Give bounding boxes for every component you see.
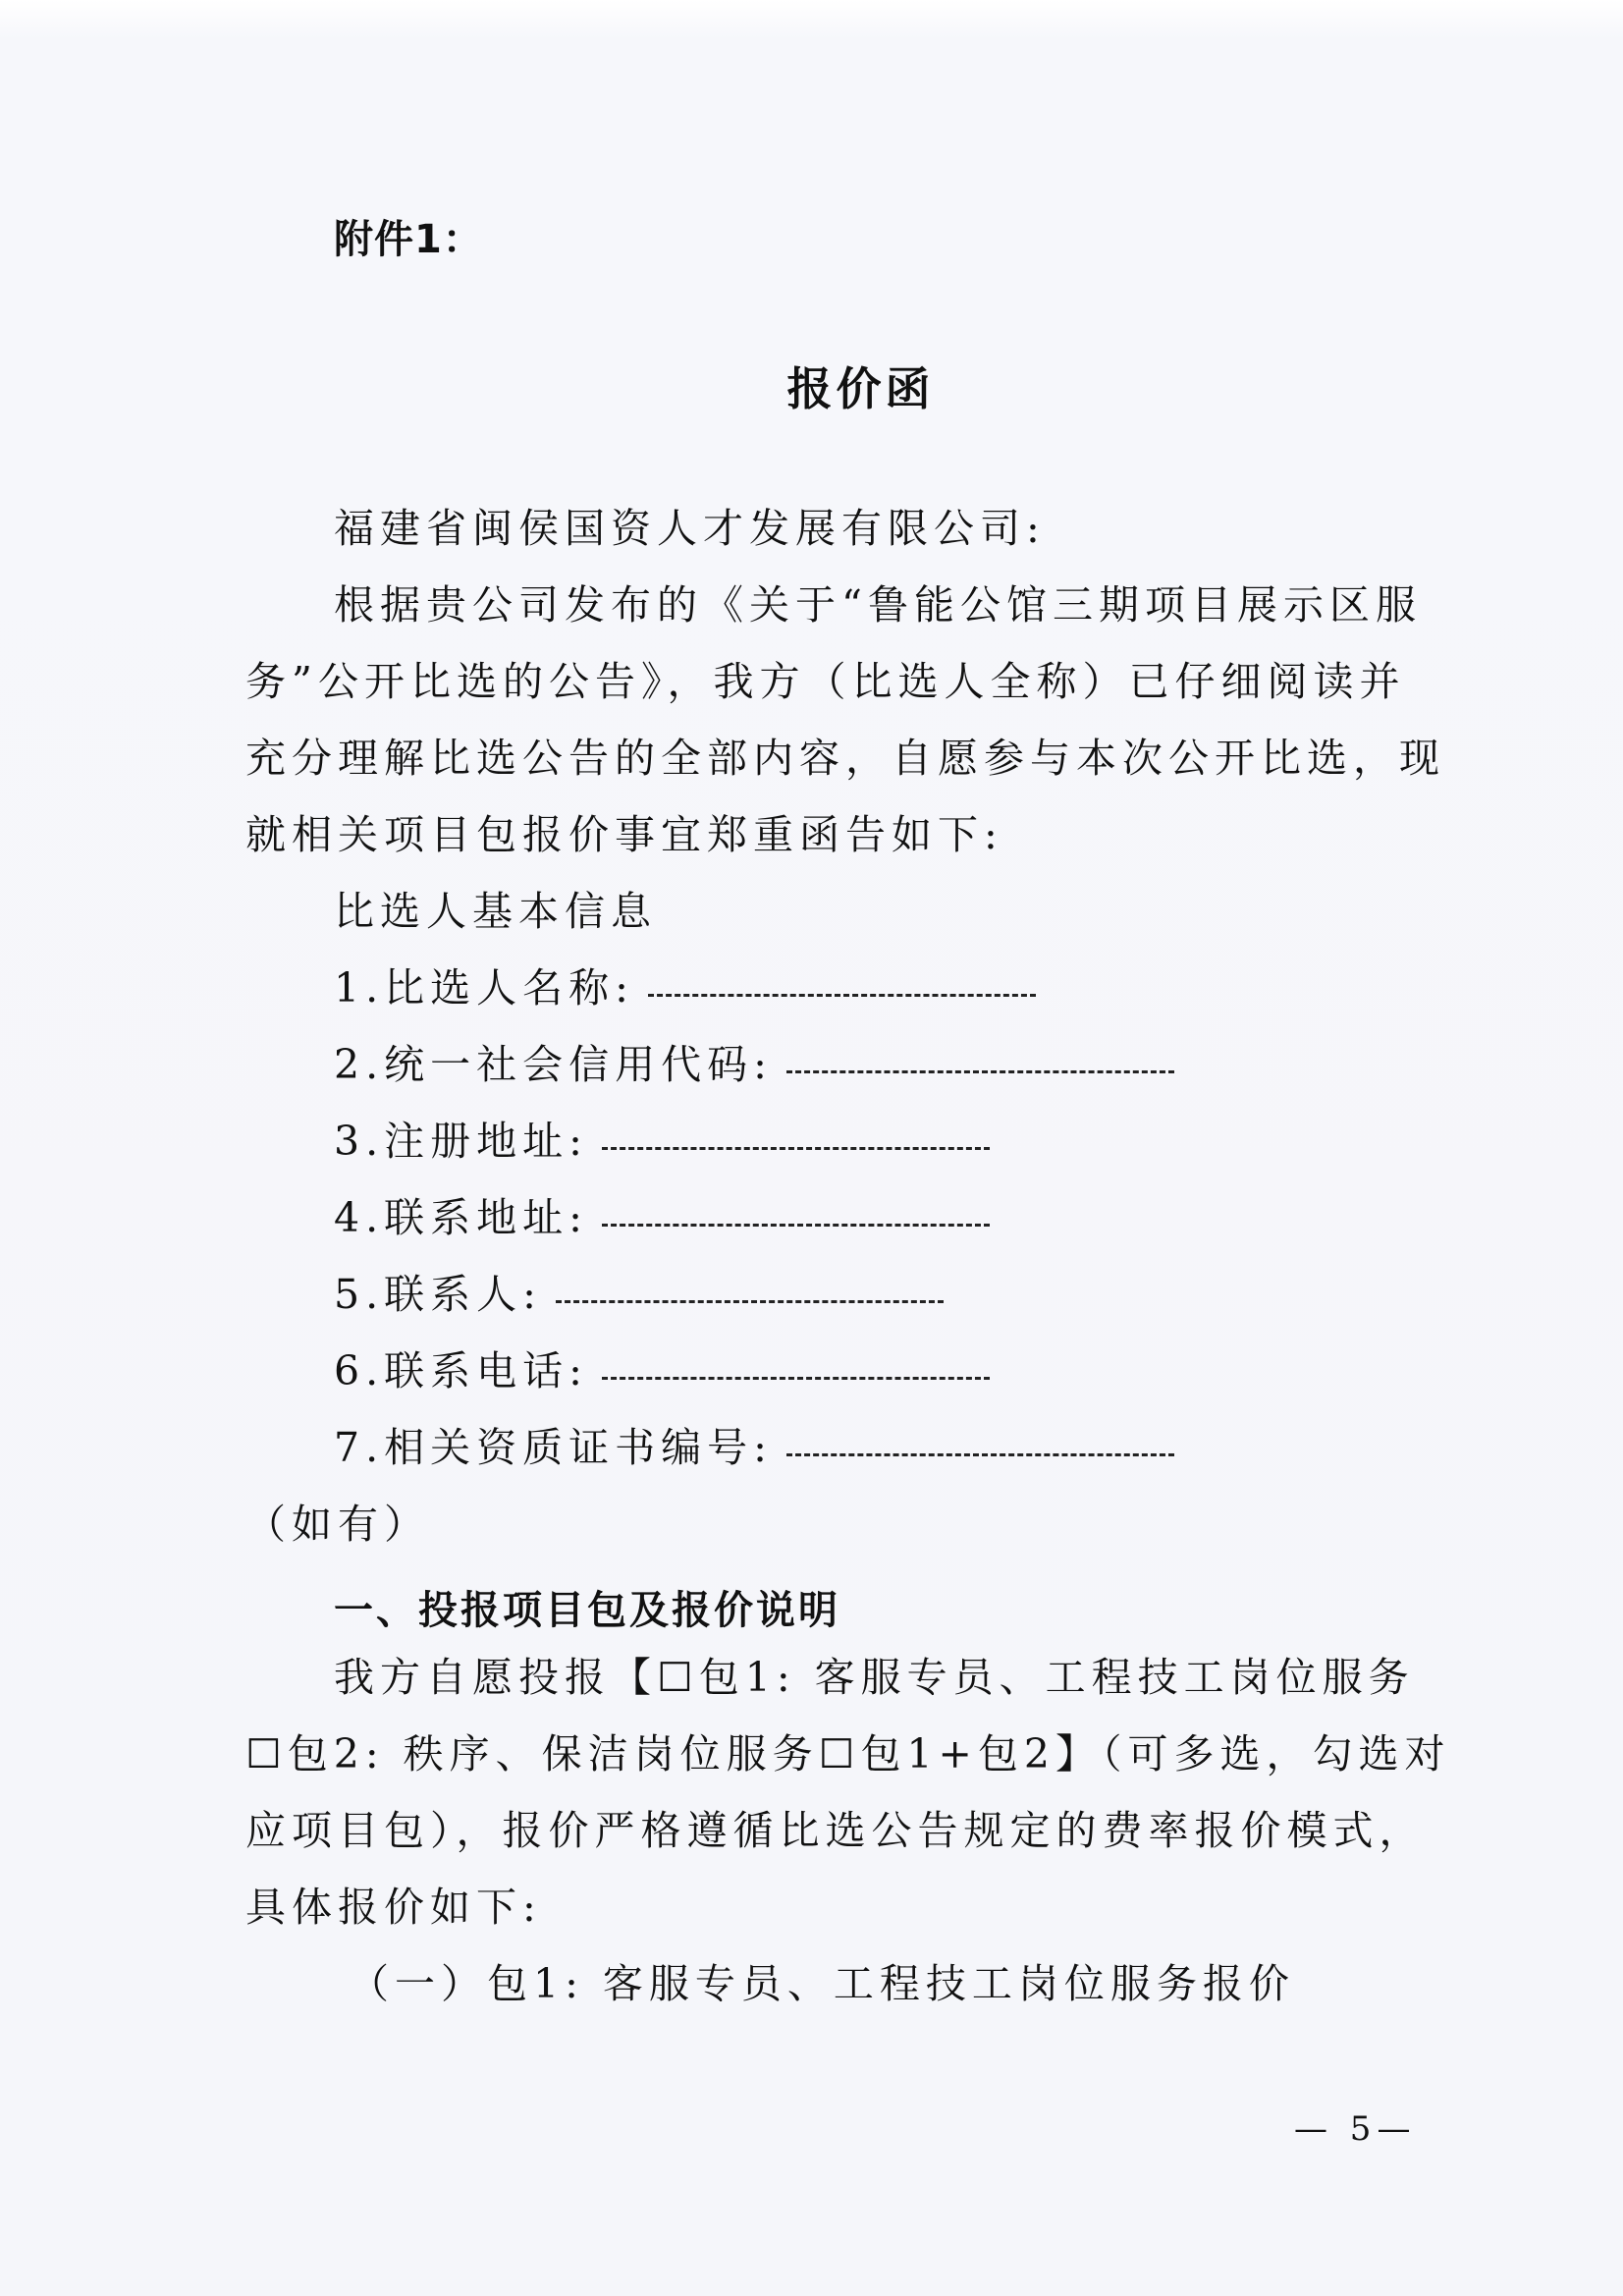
package-selection-line: 我方自愿投报【☐包1: 客服专员、工程技工岗位服务 (334, 1658, 1415, 1698)
field-note: （如有） (245, 1504, 430, 1545)
subsection-heading: （一）包1: 客服专员、工程技工岗位服务报价 (349, 1964, 1295, 2004)
field-contact-phone: 6.联系电话: (334, 1351, 990, 1392)
contact-address-blank[interactable] (602, 1224, 990, 1227)
page-title: 报价函 (0, 354, 1623, 418)
field-label: 1.比选人名称: (334, 968, 634, 1009)
credit-code-blank[interactable] (786, 1070, 1174, 1073)
field-label: 2.统一社会信用代码: (334, 1045, 773, 1085)
field-label: 3.注册地址: (334, 1121, 588, 1162)
field-label: 5.联系人: (334, 1275, 542, 1315)
field-certificate-number: 7.相关资质证书编号: (334, 1428, 1174, 1468)
field-label: 6.联系电话: (334, 1351, 588, 1392)
page-number: — 5— (1294, 2109, 1416, 2149)
intro-line: 务”公开比选的公告》，我方（比选人全称）已仔细阅读并 (245, 662, 1405, 702)
package-selection-line: ☐包2: 秩序、保洁岗位服务☐包1+包2】（可多选，勾选对 (245, 1734, 1450, 1775)
contact-person-blank[interactable] (556, 1300, 944, 1303)
bidder-name-blank[interactable] (648, 994, 1036, 997)
field-label: 7.相关资质证书编号: (334, 1428, 773, 1468)
field-registered-address: 3.注册地址: (334, 1121, 990, 1162)
registered-address-blank[interactable] (602, 1147, 990, 1150)
intro-line: 充分理解比选公告的全部内容，自愿参与本次公开比选，现 (245, 738, 1445, 779)
intro-line: 就相关项目包报价事宜郑重函告如下: (245, 815, 1003, 855)
certificate-number-blank[interactable] (786, 1453, 1174, 1456)
attachment-label: 附件1： (334, 208, 483, 264)
section-one-heading: 一、投报项目包及报价说明 (334, 1579, 840, 1635)
field-bidder-name: 1.比选人名称: (334, 968, 1036, 1009)
package-selection-line: 具体报价如下: (245, 1887, 542, 1928)
document-page: 附件1： 报价函 福建省闽侯国资人才发展有限公司: 根据贵公司发布的《关于“鲁能… (0, 0, 1623, 2296)
basic-info-heading: 比选人基本信息 (334, 892, 657, 932)
intro-line: 根据贵公司发布的《关于“鲁能公馆三期项目展示区服 (334, 585, 1422, 626)
field-contact-address: 4.联系地址: (334, 1198, 990, 1238)
field-contact-person: 5.联系人: (334, 1275, 944, 1315)
field-label: 4.联系地址: (334, 1198, 588, 1238)
addressee: 福建省闽侯国资人才发展有限公司: (334, 509, 1046, 549)
field-credit-code: 2.统一社会信用代码: (334, 1045, 1174, 1085)
package-selection-line: 应项目包），报价严格遵循比选公告规定的费率报价模式， (245, 1811, 1426, 1851)
contact-phone-blank[interactable] (602, 1377, 990, 1380)
